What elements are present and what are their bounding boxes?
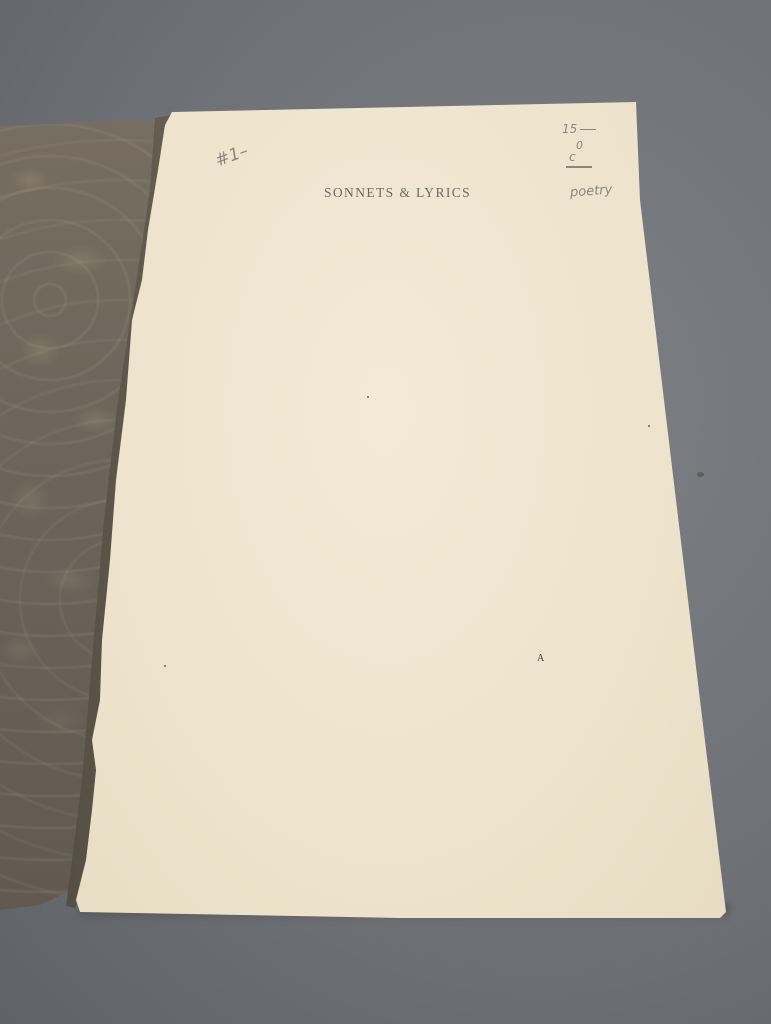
pencil-code-line-2: 0 <box>576 139 583 152</box>
photo-scene: SONNETS & LYRICS #1– 15 0 c poetry A <box>0 0 771 1024</box>
pencil-dash <box>580 129 596 130</box>
pencil-underline <box>566 166 592 168</box>
table-speck <box>697 472 704 477</box>
page-speck <box>648 425 650 427</box>
page-speck <box>367 396 369 398</box>
signature-mark: A <box>537 653 544 664</box>
pencil-code-line-1: 15 <box>562 122 577 136</box>
book-title: SONNETS & LYRICS <box>324 185 471 201</box>
page-speck <box>164 665 166 667</box>
pencil-code-line-3: c <box>569 150 576 164</box>
pencil-subject-note: poetry <box>570 183 613 201</box>
